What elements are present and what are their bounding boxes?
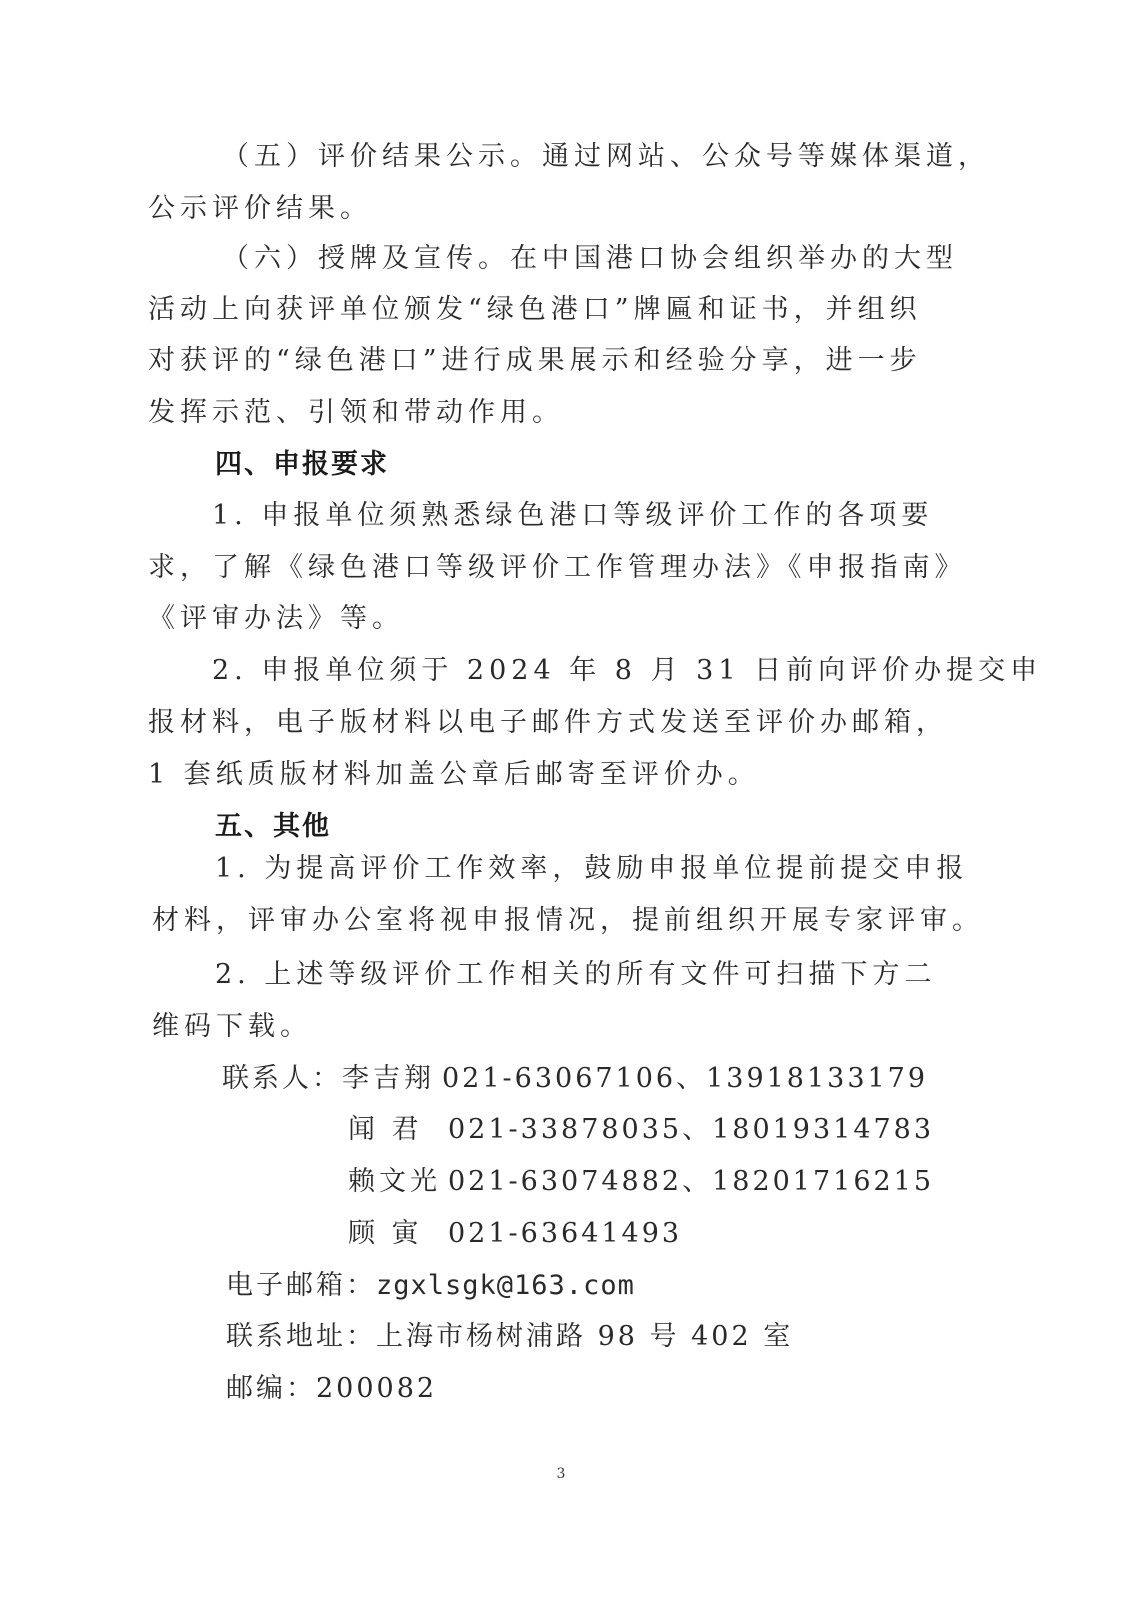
contact-row-1: 联系人：李吉翔021-63067106、13918133179 [222, 1062, 928, 1096]
email-label: 电子邮箱： [226, 1270, 376, 1301]
contact-name: 闻 君 [348, 1113, 448, 1147]
req-1-line-1: 1. 申报单位须熟悉绿色港口等级评价工作的各项要 [212, 499, 933, 533]
other-1-line-2: 材料，评审办公室将视申报情况，提前组织开展专家评审。 [152, 904, 984, 938]
contact-row-4: 顾 寅021-63641493 [348, 1217, 682, 1251]
contact-name: 顾 寅 [348, 1217, 448, 1251]
para-5-line-2: 公示评价结果。 [148, 192, 372, 226]
postcode-row: 邮编：200082 [226, 1372, 437, 1406]
postcode-label: 邮编： [226, 1373, 316, 1404]
req-2-line-1: 2. 申报单位须于 2024 年 8 月 31 日前向评价办提交申 [212, 654, 1042, 688]
contacts-label: 联系人： [222, 1063, 342, 1094]
para-6-line-4: 发挥示范、引领和带动作用。 [148, 396, 564, 430]
para-6-line-3: 对获评的“绿色港口”进行成果展示和经验分享，进一步 [148, 344, 922, 378]
other-2-line-1: 2. 上述等级评价工作相关的所有文件可扫描下方二 [215, 958, 936, 992]
contact-name: 赖文光 [348, 1165, 448, 1199]
para-5-line-1: （五）评价结果公示。通过网站、公众号等媒体渠道， [222, 140, 990, 174]
contact-name: 李吉翔 [342, 1062, 442, 1096]
contact-phones: 021-63067106、13918133179 [442, 1063, 928, 1094]
address-row: 联系地址：上海市杨树浦路 98 号 402 室 [226, 1320, 793, 1354]
page-number: 3 [0, 1466, 1122, 1482]
req-2-line-3: 1 套纸质版材料加盖公章后邮寄至评价办。 [148, 758, 760, 792]
contact-row-3: 赖文光021-63074882、18201716215 [348, 1165, 934, 1199]
contact-phones: 021-33878035、18019314783 [448, 1114, 934, 1145]
contact-phones: 021-63074882、18201716215 [448, 1166, 934, 1197]
other-2-line-2: 维码下载。 [152, 1010, 312, 1044]
contact-phones: 021-63641493 [448, 1218, 682, 1249]
para-6-line-1: （六）授牌及宣传。在中国港口协会组织举办的大型 [222, 242, 958, 276]
address-label: 联系地址： [226, 1321, 376, 1352]
contact-row-2: 闻 君021-33878035、18019314783 [348, 1113, 934, 1147]
postcode-value: 200082 [316, 1373, 437, 1404]
section-heading-other: 五、其他 [215, 810, 331, 844]
section-heading-requirements: 四、申报要求 [215, 448, 389, 482]
req-1-line-2: 求，了解《绿色港口等级评价工作管理办法》《申报指南》 [148, 551, 967, 585]
req-2-line-2: 报材料，电子版材料以电子邮件方式发送至评价办邮箱， [148, 706, 948, 740]
email-row: 电子邮箱：zgxlsgk@163.com [226, 1269, 635, 1303]
address-value: 上海市杨树浦路 98 号 402 室 [376, 1321, 793, 1352]
req-1-line-3: 《评审办法》等。 [148, 602, 404, 636]
para-6-line-2: 活动上向获评单位颁发“绿色港口”牌匾和证书，并组织 [148, 293, 922, 327]
email-value: zgxlsgk@163.com [376, 1270, 635, 1301]
other-1-line-1: 1. 为提高评价工作效率，鼓励申报单位提前提交申报 [215, 852, 968, 886]
